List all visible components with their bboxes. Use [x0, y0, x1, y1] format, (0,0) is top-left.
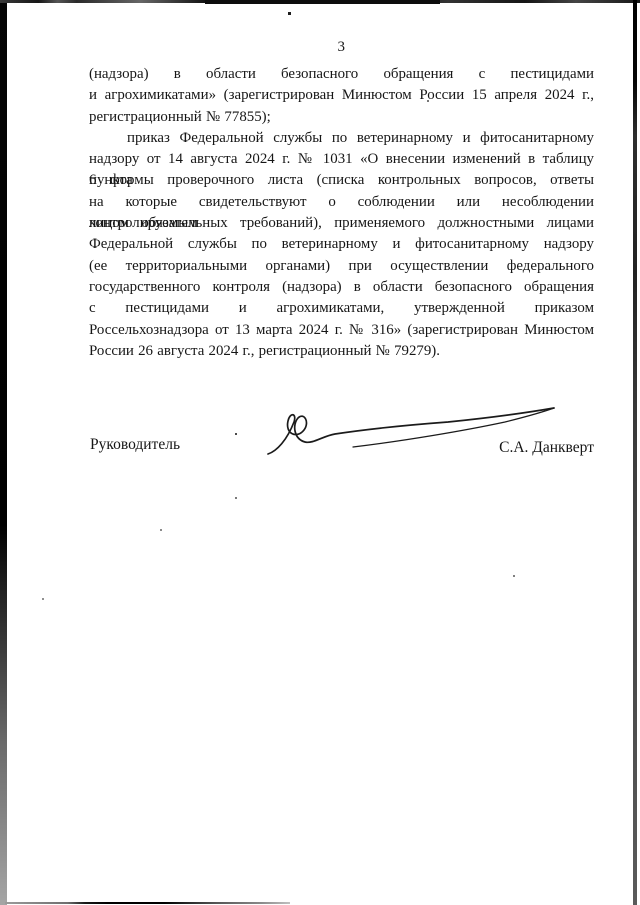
text-line: (ее территориальными органами) при осуще… [89, 256, 594, 277]
document-body: (надзора) в области безопасного обращени… [89, 64, 594, 362]
text-line: с пестицидами и агрохимикатами, утвержде… [89, 298, 594, 319]
text-line: и агрохимикатами» (зарегистрирован Минюс… [89, 85, 594, 106]
scan-speck [288, 12, 291, 15]
text-line: государственного контроля (надзора) в об… [89, 277, 594, 298]
scan-edge-right [633, 0, 637, 905]
scan-speck [235, 497, 237, 499]
text-line: лицом обязательных требований), применяе… [89, 213, 594, 234]
text-line: (надзора) в области безопасного обращени… [89, 64, 594, 85]
text-line: Федеральной службы по ветеринарному и фи… [89, 234, 594, 255]
scan-speck [513, 575, 515, 577]
scan-speck [160, 529, 162, 531]
page-number: 3 [89, 39, 594, 56]
text-line: приказ Федеральной службы по ветеринарно… [89, 128, 594, 149]
scan-speck [427, 100, 429, 102]
text-line: 6 формы проверочного листа (списка контр… [89, 170, 594, 191]
scan-edge-top-heavy [205, 0, 440, 4]
text-line: регистрационный № 77855); [89, 107, 594, 128]
text-line: Россельхознадзора от 13 марта 2024 г. № … [89, 320, 594, 341]
signatory-name: С.А. Данкверт [89, 439, 594, 457]
scan-edge-bottom [5, 902, 290, 904]
document-page: 3 (надзора) в области безопасного обраще… [0, 0, 640, 905]
text-line: надзору от 14 августа 2024 г. № 1031 «О … [89, 149, 594, 170]
text-line: на которые свидетельствуют о соблюдении … [89, 192, 594, 213]
scan-speck [235, 433, 237, 435]
text-line: России 26 августа 2024 г., регистрационн… [89, 341, 594, 362]
scan-speck [42, 598, 44, 600]
scan-edge-left [0, 0, 7, 905]
